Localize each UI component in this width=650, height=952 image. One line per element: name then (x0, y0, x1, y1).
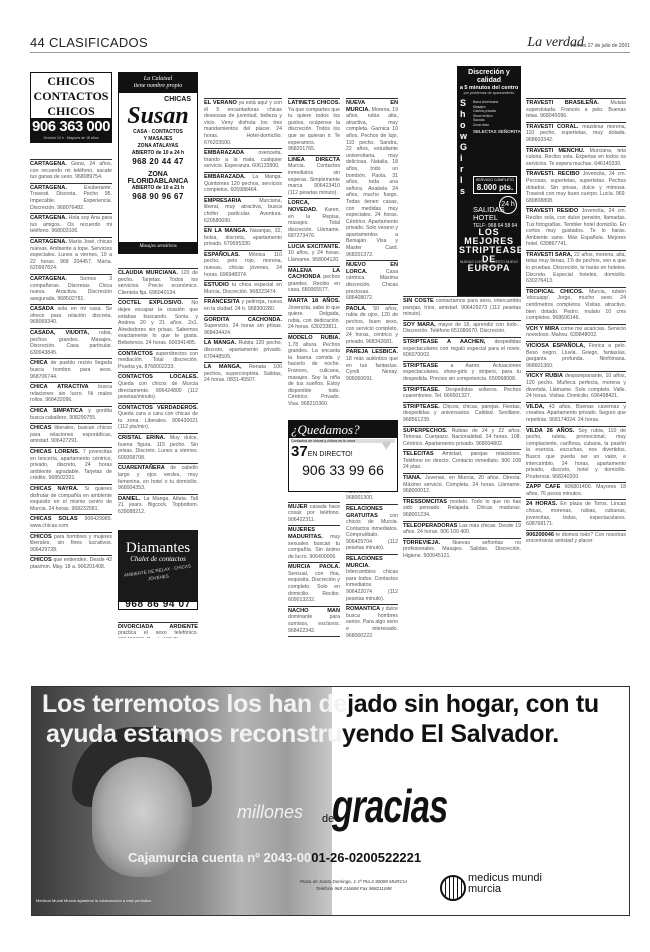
ad-header: La Calaixal tiene nombre propio (119, 73, 197, 93)
classified-ad: CLAUDIA MURCIANA. 120 de pecho. Tarjetas… (118, 268, 198, 298)
classified-ad: RELACIONES MURCIA. Intercambios chicas p… (346, 554, 398, 604)
classified-ad: EMPRESARIA Murciana, liberal, muy atract… (204, 196, 282, 226)
classified-column-3: EL VERANO ya está aquí y con él 5 encant… (204, 58, 282, 638)
ad-phone: 968 86 94 07 (118, 601, 198, 610)
ad-heading: CONTACTOS (118, 351, 156, 357)
ad-body: Jovencita, sabe lo que quiere. Delgada, … (288, 305, 340, 331)
ad-heading: CHICOS (30, 557, 54, 563)
ad-heading: TRAVESTI CORAL. (526, 124, 582, 130)
ad-heading: CARTAGENA. (30, 161, 71, 167)
ad-price-box: SERVICIO COMPLETO 8.000 pts. (473, 176, 517, 194)
classified-ad: TRAVESTI SARA, 22 años, morena, alta, te… (526, 250, 626, 287)
classified-ad: LORCA, NOVEDAD. Karen, en la Repisa, mas… (288, 198, 340, 242)
ad-body: 1,78 altura. Pechos grandes. La encanta … (288, 342, 340, 407)
classified-ad: TRAVESTI RESIDO Jovencita, 24 cm. Recibo… (526, 206, 626, 250)
ad-heading: TRAVESTI BRASILEÑA. (526, 100, 610, 106)
ad-heading: EN LA MANGA. (204, 228, 250, 234)
ad-heading: TROPICAL CHICOS. (526, 289, 589, 295)
classified-ad: CONTACTOS LOCALES. Queda con chicos de M… (118, 372, 198, 402)
ad-header-line: tiene nombre propio (119, 83, 197, 90)
classified-ad: 906200046 te diomos todo? Con nosotras e… (526, 530, 626, 547)
ad-heading: CASADA, VIUDITA, (30, 330, 99, 336)
ad-body: ya está aquí y con él 5 encantadoras chi… (204, 100, 282, 146)
classified-ad: CONTACTOS VERDADEROS. Queda cara a cara … (118, 403, 198, 433)
ad-heading: STRIPTEASE (403, 363, 451, 369)
ad-subtitle: Y MASAJES (119, 136, 197, 143)
ad-chicas: CHICAS (119, 96, 197, 103)
susan-ad: La Calaixal tiene nombre propio CHICAS S… (118, 72, 198, 254)
ad-heading: SUPERPECHOS. (403, 428, 452, 434)
classified-ad: EMBARAZADA. La Manga. Quintomes 120 pech… (204, 172, 282, 196)
classified-ad: VICKY RUBIA despampanante, 10 años, 120 … (526, 371, 626, 401)
ad-body: Murcia. Contactos inmediatos sin esperas… (288, 163, 340, 195)
ad-heading: MODELO RUBIA. (288, 335, 340, 341)
ad-heading: RELACIONES GRATUITAS (346, 506, 390, 519)
ad-heading: VILDA 26 AÑOS. (526, 428, 578, 434)
classified-ad: MURCIA PAOLA. Sensual, con fina, exquisi… (288, 562, 340, 606)
ad-heading: TELECITAS (403, 451, 442, 457)
banner-footer: Medicus Mundi Murcia agradece la colabor… (36, 898, 151, 903)
classified-ad: CHICAS SOLAS 906429989. www.chicas.com (30, 514, 112, 531)
banner-headline-1: Los terremotos los han dejado sin hogar,… (42, 689, 599, 719)
ad-heading: MUJERES MADURITAS, (288, 527, 330, 540)
classified-ad: TELECITAS Amistad, parejas relaciones. T… (403, 449, 521, 473)
ad-body: 10 años, y 24 horas. Llámame. 968004120. (288, 250, 340, 263)
classified-ad: STRIPTEASE a Aaron. Actuaciones espectac… (403, 361, 521, 385)
classified-ad: RELACIONES GRATUITAS con chicos de Murci… (346, 504, 398, 554)
globe-logo-icon (440, 875, 466, 901)
ad-heading: CONTACTOS VERDADEROS. (118, 405, 198, 411)
ad-heading: CARTAGENA. (30, 239, 69, 245)
ad-footer: NUEVAS CHICAS · ABIERTO NUEVO HORARIO (459, 260, 519, 270)
ad-heading: CARTAGENA. (30, 185, 84, 191)
ad-body: con chicos de Murcia. Contactos inmediat… (346, 513, 398, 552)
classified-ad: TROPICAL CHICOS. Murcia, rubién 'elocuap… (526, 287, 626, 324)
column-4-left: LATINETS CHICOS. Ya que compartes que tu… (288, 98, 340, 638)
ad-heading: ZAPP CAFE (526, 484, 565, 490)
classified-ad: CHICAS NAYRA. Si quieres disfrutar de co… (30, 484, 112, 514)
ad-title: Discreción y calidad (457, 66, 521, 85)
heart-icon: ♥ (382, 443, 392, 450)
classified-ad: SIN COSTE contactamos para sexo, interca… (403, 296, 521, 320)
ad-body: practica el sexo telefónico. 906428600. … (118, 630, 198, 638)
ad-heading: TRAVESTI SARA, (526, 252, 574, 258)
ad-heading: STRIPTEASE. (403, 404, 443, 410)
ad-heading: MUJER (288, 504, 310, 510)
classified-ad: STRIPTEASE A AACHEN, despedidas espectac… (403, 337, 521, 361)
ad-body: Queda cara a cara con chicas de tu zona.… (118, 411, 198, 430)
ad-heading: VICKY RUBIA (526, 373, 565, 379)
classified-ad: CHICA ATRACTIVA busca relaciones sin luc… (30, 382, 112, 406)
ad-heading: CUARENTAÑERA (118, 465, 170, 471)
ad-heading: CARTAGENA. (30, 215, 69, 221)
ad-services-list: Barra AmericanaMasajesCabina privadaShow… (473, 100, 521, 135)
ad-title: ¿Quedamos? (289, 421, 397, 438)
classified-ad: EMBARAZADA ovenceita, tirando a la mala,… (204, 148, 282, 172)
ad-heading: NACHO MAN (288, 608, 340, 614)
ad-heading: LUCIA EXCITANTE. (288, 244, 340, 250)
ad-heading: SOY MARA, (403, 322, 438, 328)
classified-ad: CHICA SIMPATICA y gordita busca caballer… (30, 406, 112, 423)
ad-heading: DIVORCIADA ARDIENTE (118, 624, 198, 630)
section-title: 44 CLASIFICADOS (30, 35, 148, 50)
ad-24h-badge: 24 h (499, 196, 517, 214)
classified-ad: SOY MARA, mayor de 18, aprendiz con todo… (403, 320, 521, 337)
ad-body: Queda con chicos de Murcia directamente.… (118, 381, 198, 400)
classified-ad: MALENA LA CACHONDA pechos grandes. Recib… (288, 266, 340, 296)
ad-heading: CLAUDIA MURCIANA. (118, 270, 181, 276)
ad-heading: EMBARAZADA (204, 150, 258, 156)
classified-ad: TORREVIEJA. Nuevas señoritas no profesio… (403, 538, 521, 562)
classified-ad: EN LA MANGA. Naranjas, 32, bolsa, discre… (204, 226, 282, 250)
classified-ad: LA MANGA, Renata 100 pechos, superconple… (204, 362, 282, 386)
classified-ad: LINEA DIRECTA Murcia. Contactos inmediat… (288, 155, 340, 199)
ad-body: 18 más auténtico que en tus fantasías. C… (346, 356, 398, 382)
ad-heading: VCH Y MIRA (526, 326, 561, 332)
ad-heading: VICIOSA ESPAÑOLA, (526, 343, 589, 349)
issue-date: viernes 27 de julio de 2001 (570, 43, 630, 49)
classified-ad: CONTACTOS superdirectos con mediación. T… (118, 349, 198, 373)
ad-heading: SIN COSTE (403, 298, 436, 304)
ad-heading: MURCIA PAOLA. (288, 564, 340, 570)
medicus-mundi-banner: Los terremotos los han dejado sin hogar,… (31, 686, 630, 916)
ad-heading: CHICA ATRACTIVA (30, 384, 98, 390)
ad-heading: EMPRESARIA (204, 198, 259, 204)
banner-gracias: gracias (332, 779, 448, 833)
ad-tagline: AMBIENTE DE RELAX · CHICAS JÓVENES (118, 563, 198, 587)
ad-body: Sensual, con fina, exquisita. Discreción… (288, 571, 340, 603)
ad-body: Jovencita, 24 cm. Recibo sola, con dulce… (526, 208, 626, 247)
classified-ad: STRIPTEASE. Despedidas solteros. Pechos … (403, 385, 521, 402)
ad-heading: MARTA 18 AÑOS. (288, 298, 340, 304)
ad-heading: VILDA, (526, 404, 549, 410)
ad-title: CONTACTOS (31, 88, 111, 103)
classified-ad: PAOLA. 50 años, rubia de ojos, 120 de pe… (346, 304, 398, 348)
classified-ad: GORDITA CACHONDA. Supervicio, 24 horas s… (204, 315, 282, 339)
ad-heading: TORREVIEJA. (403, 540, 452, 546)
ad-phone: 906 33 99 66 (289, 463, 397, 478)
banner-headline-2: ayuda estamos reconstruyendo El Salvador… (46, 719, 559, 749)
classified-ad: NUEVO EN LORCA. Casa céntrica. Máxima di… (346, 260, 398, 304)
classified-ad: CARTAGENA. Somos 3 compañeras. Discretas… (30, 274, 112, 304)
classified-ad: MUJER casada hace cosas por teléfono. 90… (288, 502, 340, 526)
classified-ad: ROMANTICA y dulce busca hombres serios. … (346, 604, 398, 638)
ad-heading: EMBARAZADA. (204, 174, 252, 180)
ad-zone: ZONA ATALAYAS (119, 143, 197, 150)
classified-ad: CARTAGENA. Exuberante. Travesti. Discret… (30, 183, 112, 213)
ad-heading: ROMANTICA (346, 606, 382, 612)
classified-ad: MARTA 18 AÑOS. Jovencita, sabe lo que qu… (288, 296, 340, 333)
ad-heading: LA MANGA, (204, 364, 249, 370)
classified-ad: TELEOPERADORAS Las más chicas. Desde 19 … (403, 521, 521, 538)
classified-ad: FRANCESITA y pelirroja, nueva en la ciud… (204, 297, 282, 314)
classified-ad: CUARENTAÑERA de cabello largo y ojos ver… (118, 463, 198, 493)
ad-subtitle: Chalet de contactos (118, 556, 198, 563)
ad-heading: CHICOS (30, 534, 54, 540)
ad-heading: CRISTAL ERINA. (118, 435, 170, 441)
ad-heading: CHICAS NAYRA. (30, 486, 84, 492)
classified-ad: ZAPP CAFE 606801400. Mayores 18 años, 76… (526, 482, 626, 499)
classified-ad: EL VERANO ya está aquí y con él 5 encant… (204, 98, 282, 148)
ad-body: 50 años, rubia de ojos, 120 de pechos, b… (346, 306, 398, 345)
ad-body: Morena, 19 años, rubia alta, atractiva, … (346, 107, 398, 258)
ad-phone: 906 363 000 (31, 118, 111, 136)
classified-ad: CHICAS liberales, buscan chicos para rel… (30, 423, 112, 447)
ad-heading: LA MANGA. (204, 340, 238, 346)
ad-brand-name: Diamantes (118, 530, 198, 556)
classified-ad: CHICAS LORENS. 7 jovencitas en lencería,… (30, 447, 112, 484)
ad-heading: CHICAS SOLAS (30, 516, 85, 522)
ad-heading: ESTUDIO (204, 282, 232, 288)
ad-header-line: La Calaixal (119, 76, 197, 83)
classified-ad: TRAVESTI MENCHU. Murciana, teta culona. … (526, 146, 626, 170)
classified-ad: LUCIA EXCITANTE. 10 años, y 24 horas. Ll… (288, 242, 340, 266)
ad-heading: CHICA (30, 360, 51, 366)
ad-heading: STRIPTEASE. (403, 387, 445, 393)
ad-heading: 24 HORAS. (526, 501, 560, 507)
ad-heading: ESPAÑOLAS. (204, 252, 249, 258)
org-name: medicus mundi murcia (468, 873, 542, 895)
ad-brand-name: Susan (119, 103, 197, 129)
classified-ad: VILDA 26 AÑOS. Soy rubia, 110 de pecho, … (526, 426, 626, 483)
ad-title: CHICOS (31, 73, 111, 88)
classified-ad: ESTUDIO tu chica especial en Murcia, Dis… (204, 280, 282, 297)
classified-ad: LATINETS CHICOS. Ya que compartes que tu… (288, 98, 340, 155)
diamantes-ad: Diamantes Chalet de contactos AMBIENTE D… (118, 530, 198, 610)
ad-heading: TRESSOMCITAS (403, 499, 450, 505)
classified-ad: SUPERPECHOS. Rubias de 24 y 22 años. Tet… (403, 426, 521, 450)
ad-heading: CARTAGENA. (30, 276, 80, 282)
ad-heading: TRAVESTI MENCHU. (526, 148, 590, 154)
ad-heading: RELACIONES MURCIA. (346, 556, 383, 569)
classified-column-4: LATINETS CHICOS. Ya que compartes que tu… (288, 58, 398, 638)
ad-heading: COCTEL EXPLOSIVO. (118, 300, 191, 306)
ad-zone: ZONA FLORIDABLANCA (119, 171, 197, 185)
ad-heading: LINEA DIRECTA (288, 157, 340, 163)
ad-heading: TRAVESTI RESIDO (526, 208, 582, 214)
ad-note: por problemas de aparcamiento (457, 91, 521, 96)
classified-column-5: Discreción y calidad a 5 minutos del cen… (403, 58, 521, 638)
ad-heading: PAREJA LESBICA. (346, 349, 398, 355)
ad-heading: PAOLA. (346, 306, 373, 312)
ad-heading: CASADA (30, 306, 58, 312)
quedamos-ad: ¿Quedamos? Contactos de chicas y chicos … (288, 420, 398, 492)
classified-ad: CARTAGENA. María José, chicas nuevas. Am… (30, 237, 112, 274)
ad-footer: Masajes sensitivos (119, 242, 197, 253)
classified-ad: TRAVESTI CORAL. mazdesa morena, 110 pech… (526, 122, 626, 146)
ad-heading: FRANCESITA (204, 299, 241, 305)
classified-ad: VCH Y MIRA come me acaricias. Servicio n… (526, 324, 626, 341)
ad-heading: STRIPTEASE A AACHEN, (403, 339, 494, 345)
ad-heading: CHICA SIMPATICA (30, 408, 88, 414)
ad-body: Soy rubia, 110 de pecho, ruleta, promoci… (526, 428, 626, 480)
show-girls-ad: Discreción y calidad a 5 minutos del cen… (457, 66, 521, 296)
banner-millones: millones (237, 802, 303, 823)
ad-heading: TRAVESTI. RECIBO (526, 171, 583, 177)
classified-ad: MODELO RUBIA. 1,78 altura. Pechos grande… (288, 333, 340, 410)
classified-ad: NUEVA EN MURCIA. Morena, 19 años, rubia … (346, 98, 398, 260)
classified-ad: STRIPTEASE. Chicos, chicas, parejas. Fie… (403, 402, 521, 426)
page-header: 44 CLASIFICADOS La verdad viernes 27 de … (30, 32, 630, 53)
org-address: Plaza de Santo Domingo, 1-1ª Pta.3 30008… (300, 878, 407, 892)
ad-title: CHICOS (31, 103, 111, 118)
classified-ad: CHICOS para hombres y mujeres liberales,… (30, 532, 112, 556)
classified-ad: CRISTAL ERINA. Muy dulce, buena figura. … (118, 433, 198, 463)
classified-column-2: La Calaixal tiene nombre propio CHICAS S… (118, 58, 198, 638)
classified-ad: CHICOS que entienden. Desde 42 ptas/min.… (30, 555, 112, 572)
ad-body: dominante para sumisos, esclavos. 968422… (288, 614, 340, 633)
ad-phone: 968 20 44 47 (119, 157, 197, 167)
ad-hours: ABIERTO de 10 a 24 h (119, 150, 197, 157)
classified-column-6: TRAVESTI BRASILEÑA. Mulata superdotada. … (526, 58, 626, 638)
ad-phone: 968 90 96 67 (119, 192, 197, 202)
column-4-right: NUEVA EN MURCIA. Morena, 19 años, rubia … (346, 98, 398, 638)
classified-ad: CHICA de pueblo recién llegada busca hom… (30, 358, 112, 382)
ad-heading: DANIEL. (118, 496, 144, 502)
classified-ad: CARTAGENA. Gorai, 24 años, con recuerdo … (30, 159, 112, 183)
classified-ad: LA MANGA. Rubita 120 pecho, discreto, ap… (204, 338, 282, 362)
ad-body: Ya que compartes que tu quiere todos los… (288, 107, 340, 153)
classified-ad: TRAVESTI BRASILEÑA. Mulata superdotada. … (526, 98, 626, 122)
classified-ad: DIVORCIADA ARDIENTE practica el sexo tel… (118, 622, 198, 638)
classified-column-1: CHICOS CONTACTOS CHICOS 906 363 000 Serv… (30, 58, 112, 638)
classified-ad: MUJERES MADURITAS, muy sexuales buscan t… (288, 525, 340, 562)
ad-small-print: Servicio 24 h · Mayores de 18 años (31, 136, 111, 142)
classified-ad: CASADA, VIUDITA, rubia, pechos grandes. … (30, 328, 112, 358)
classified-ad: DANIEL. La Manga. Atleta. Tall 21 years.… (118, 494, 198, 518)
classified-ad: TRAVESTI. RECIBO Jovencita, 24 cm. Pecos… (526, 169, 626, 206)
ad-heading: EL VERANO (204, 100, 239, 106)
ad-subtitle: CASA · CONTACTOS (119, 129, 197, 136)
ad-body: Supervicio, 24 horas sin prisas. 9684344… (204, 323, 282, 336)
ad-heading: GORDITA CACHONDA. (204, 317, 282, 323)
classified-ad: 24 HORAS. En plaza de Toros. Lincas chic… (526, 499, 626, 529)
classified-ad: VILDA, 43 años, Buenas cavernas y creati… (526, 402, 626, 426)
classified-ad: NACHO MAN dominante para sumisos, esclav… (288, 606, 340, 636)
classified-ad: PAREJA LESBICA. 18 más auténtico que en … (346, 347, 398, 384)
classified-ad: CARTAGENA. Hola soy Ana para tus amigos.… (30, 213, 112, 237)
ad-heading: CHICAS LORENS. (30, 449, 83, 455)
ad-vertical-text: ShowGirls (460, 98, 470, 197)
chicos-contactos-ad: CHICOS CONTACTOS CHICOS 906 363 000 Serv… (30, 72, 112, 143)
classified-ad: CASADA sola en mi casa. Se ofrece para r… (30, 304, 112, 328)
classified-ad: ESPAÑOLAS. Mónica 110 pecho, pelo rojo, … (204, 250, 282, 280)
ad-body: No dejes escapar la ocasión que estabas … (118, 300, 198, 346)
ad-heading: LATINETS CHICOS. (288, 100, 340, 106)
classified-ad: NOVEDAD Las chicas más sensuales esperan… (288, 636, 340, 638)
ad-heading: TIANA. (403, 475, 425, 481)
classified-ad: TIANA. Juvenas, en Murcia, 20 años. Dire… (403, 473, 521, 497)
ad-hours: ABIERTO de 10 a 21 h (119, 185, 197, 192)
ad-heading: CHICAS (30, 425, 54, 431)
classified-ad: COCTEL EXPLOSIVO. No dejes escapar la oc… (118, 298, 198, 348)
ad-heading: CONTACTOS LOCALES. (118, 374, 198, 380)
ad-heading: 906200046 (526, 532, 556, 538)
bank-account: Cajamurcia cuenta nº 2043-0001-26-020052… (128, 850, 421, 865)
classified-ad: TRESSOMCITAS modelo. Todo lo que no has … (403, 497, 521, 521)
ad-heading: LORCA, NOVEDAD. (288, 200, 325, 213)
ad-heading: TELEOPERADORAS (403, 523, 459, 529)
classified-ad: VICIOSA ESPAÑOLA, Fiorica a pelo. Beso n… (526, 341, 626, 371)
ad-body: Intercambios chicas para todos. Contacto… (346, 569, 398, 601)
